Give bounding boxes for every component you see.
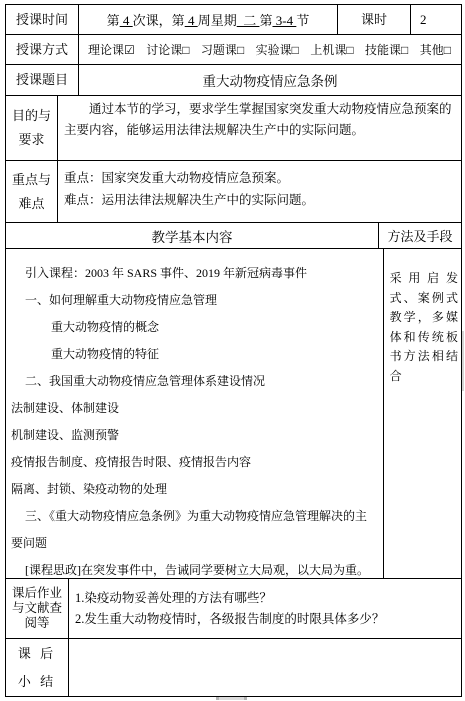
keypoint-row: 重点与 难点 重点：国家突发重大动物疫情应急预案。 难点：运用法律法规解决生产中…	[6, 161, 461, 223]
method-label: 授课方式	[6, 35, 79, 64]
schedule-row: 授课时间 第 4 次课，第 4 周星期 二 第 3-4 节 课时 2	[6, 5, 461, 35]
content-header-left: 教学基本内容	[6, 223, 379, 248]
weekday-blank: 二	[237, 13, 260, 28]
difficulty-line: 难点：运用法律法规解决生产中的实际问题。	[64, 189, 453, 211]
method-option-skill: 技能课□	[365, 41, 408, 58]
method-option-exercise: 习题课□	[201, 41, 244, 58]
homework-label: 课后作业 与文献查 阅等	[6, 579, 69, 638]
checkbox-empty-icon[interactable]: □	[346, 43, 353, 57]
scrollbar-end-right	[244, 697, 247, 700]
content-intro: 引入课程：2003 年 SARS 事件、2019 年新冠病毒事件	[11, 260, 379, 287]
content-section1-title: 一、如何理解重大动物疫情应急管理	[11, 287, 379, 314]
content-header-right: 方法及手段	[379, 223, 461, 248]
homework-row: 课后作业 与文献查 阅等 1.染疫动物妥善处理的方法有哪些？ 2.发生重大动物疫…	[6, 579, 461, 639]
scrollbar-end-left	[216, 697, 219, 700]
title-row: 授课题目 重大动物疫情应急条例	[6, 65, 461, 96]
title-label: 授课题目	[6, 65, 79, 95]
method-option-computer: 上机课□	[310, 41, 353, 58]
summary-content-empty	[69, 639, 461, 696]
content-section1-item: 重大动物疫情的概念	[11, 314, 379, 341]
class-hours-label: 课时	[338, 5, 411, 34]
schedule-label: 授课时间	[6, 5, 79, 34]
checkbox-checked-icon[interactable]: ☑	[124, 43, 135, 57]
objective-label: 目的与 要求	[6, 96, 58, 160]
homework-question: 2.发生重大动物疫情时，各级报告制度的时限具体多少？	[75, 609, 461, 630]
key-point-line: 重点：国家突发重大动物疫情应急预案。	[64, 167, 453, 189]
teaching-content: 引入课程：2003 年 SARS 事件、2019 年新冠病毒事件 一、如何理解重…	[6, 249, 384, 578]
checkbox-empty-icon[interactable]: □	[237, 43, 244, 57]
homework-question: 1.染疫动物妥善处理的方法有哪些？	[75, 588, 461, 609]
schedule-value: 第 4 次课，第 4 周星期 二 第 3-4 节	[79, 5, 338, 34]
method-option-experiment: 实验课□	[256, 41, 299, 58]
content-section2-item: 法制建设、体制建设	[11, 395, 379, 422]
method-options: 理论课☑ 讨论课□ 习题课□ 实验课□ 上机课□ 技能课□ 其他□	[79, 35, 461, 64]
checkbox-empty-icon[interactable]: □	[401, 43, 408, 57]
content-ideology-note: [课程思政]在突发事件中，告诫同学要树立大局观，以大局为重。	[11, 557, 379, 578]
keypoint-label: 重点与 难点	[6, 161, 58, 222]
checkbox-empty-icon[interactable]: □	[444, 43, 451, 57]
period-blank: 3-4	[272, 13, 296, 28]
schedule-text: 第 4 次课，第 4 周星期 二 第 3-4 节	[107, 10, 310, 29]
keypoint-text: 重点：国家突发重大动物疫情应急预案。 难点：运用法律法规解决生产中的实际问题。	[58, 161, 461, 222]
horizontal-scrollbar[interactable]	[216, 697, 247, 700]
lesson-title: 重大动物疫情应急条例	[79, 65, 461, 95]
vertical-scrollbar[interactable]	[462, 331, 464, 391]
method-option-theory: 理论课☑	[88, 41, 135, 58]
content-section1-item: 重大动物疫情的特征	[11, 341, 379, 368]
class-hours-value: 2	[411, 5, 461, 34]
content-section2-item: 疫情报告制度、疫情报告时限、疫情报告内容	[11, 449, 379, 476]
summary-row: 课 后 小 结	[6, 639, 461, 696]
method-option-other: 其他□	[420, 41, 451, 58]
content-section2-item: 隔离、封锁、染疫动物的处理	[11, 476, 379, 503]
method-option-discussion: 讨论课□	[146, 41, 189, 58]
objective-row: 目的与 要求 通过本节的学习，要求学生掌握国家突发重大动物疫情应急预案的主要内容…	[6, 96, 461, 161]
homework-questions: 1.染疫动物妥善处理的方法有哪些？ 2.发生重大动物疫情时，各级报告制度的时限具…	[69, 579, 461, 638]
content-section3-title: 三、《重大动物疫情应急条例》为重大动物疫情应急管理解决的主要问题	[11, 503, 379, 557]
content-section2-title: 二、我国重大动物疫情应急管理体系建设情况	[11, 368, 379, 395]
content-header-row: 教学基本内容 方法及手段	[6, 223, 461, 249]
checkbox-empty-icon[interactable]: □	[182, 43, 189, 57]
lesson-plan-table: 授课时间 第 4 次课，第 4 周星期 二 第 3-4 节 课时 2 授课方式 …	[5, 4, 462, 697]
summary-label: 课 后 小 结	[6, 639, 69, 696]
week-number-blank: 4	[185, 13, 198, 28]
content-row: 引入课程：2003 年 SARS 事件、2019 年新冠病毒事件 一、如何理解重…	[6, 249, 461, 579]
methods-and-means: 采用启发式、案例式教学，多媒体和传统板书方法相结合	[384, 249, 461, 578]
content-section2-item: 机制建设、监测预警	[11, 422, 379, 449]
method-row: 授课方式 理论课☑ 讨论课□ 习题课□ 实验课□ 上机课□ 技能课□ 其他□	[6, 35, 461, 65]
objective-text: 通过本节的学习，要求学生掌握国家突发重大动物疫情应急预案的主要内容，能够运用法律…	[58, 96, 461, 160]
checkbox-empty-icon[interactable]: □	[292, 43, 299, 57]
lesson-number-blank: 4	[120, 13, 133, 28]
